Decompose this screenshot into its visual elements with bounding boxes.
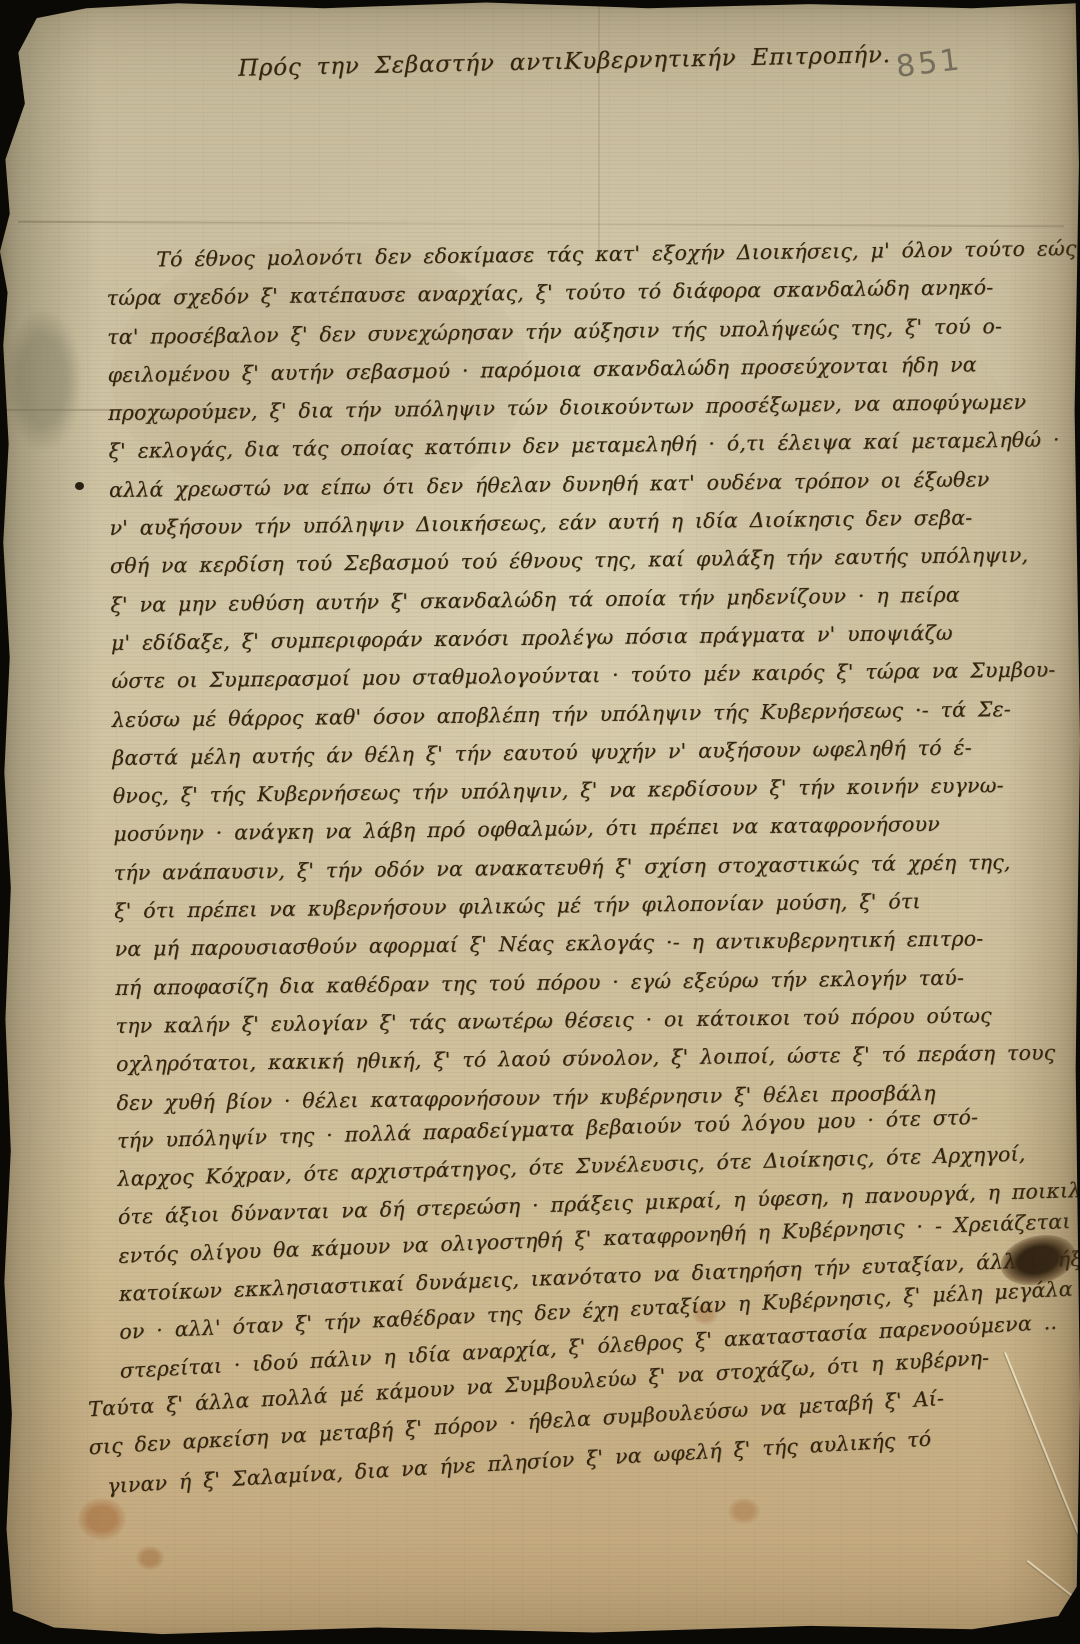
rust-stain [728,1498,760,1524]
diagonal-crease-branch [1027,1560,1080,1617]
rust-stain [136,1546,164,1570]
edge-stain [6,312,80,448]
ink-speck [75,482,84,490]
vertical-fold-crease [598,4,600,259]
page-number: 851 [894,42,964,85]
horizontal-fold-crease [18,221,1064,228]
manuscript-page: Πρός την Σεβαστήν αντιΚυβερνητικήν Επιτρ… [0,0,1080,1644]
photo-backdrop: Πρός την Σεβαστήν αντιΚυβερνητικήν Επιτρ… [0,0,1080,1644]
manuscript-body: Τό έθνος μολονότι δεν εδοκίμασε τάς κατ'… [106,229,1080,1504]
document-header: Πρός την Σεβαστήν αντιΚυβερνητικήν Επιτρ… [238,44,786,81]
